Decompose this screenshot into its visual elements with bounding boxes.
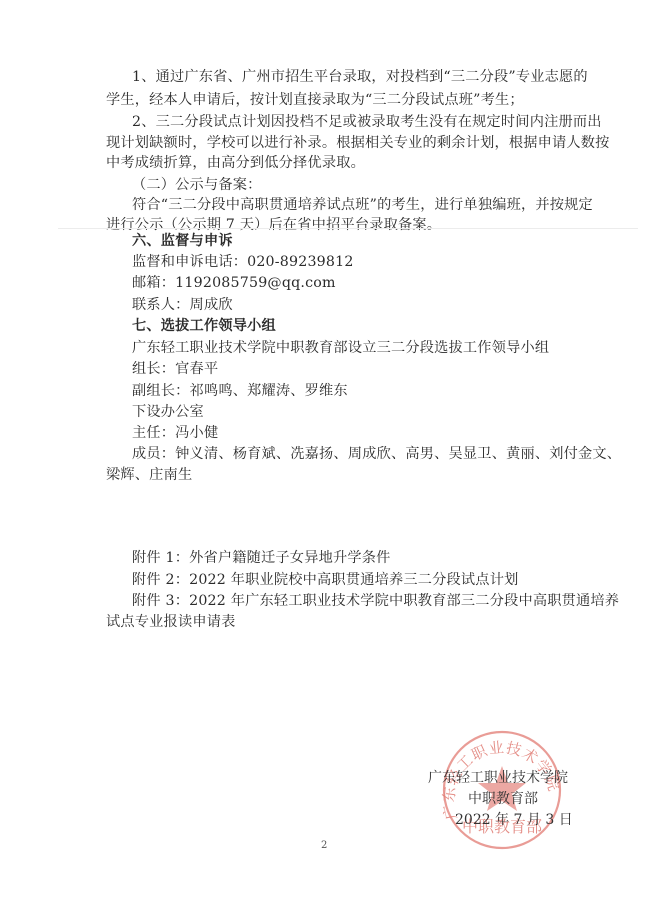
- contact-line: 联系人：周成欣: [132, 296, 233, 314]
- document-page: 1、通过广东省、广州市招生平台录取，对投档到“三二分段”专业志愿的 学生，经本人…: [0, 0, 652, 903]
- signature-org: 广东轻工职业技术学院: [428, 769, 568, 787]
- signature-date: 2022 年 7 月 3 日: [455, 811, 573, 829]
- attachment-3: 附件 3：2022 年广东轻工职业技术学院中职教育部三二分段中高职贯通培养: [132, 592, 619, 610]
- section-heading-leadership: 七、选拔工作领导小组: [132, 317, 276, 335]
- members-line-cont: 梁辉、庄南生: [106, 466, 192, 484]
- paragraph-line: 现计划缺额时，学校可以进行补录。根据相关专业的剩余计划，根据申请人数按: [106, 134, 610, 152]
- paragraph-line: 1、通过广东省、广州市招生平台录取，对投档到“三二分段”专业志愿的: [132, 68, 588, 86]
- paragraph-line: 符合“三二分段中高职贯通培养试点班”的考生，进行单独编班，并按规定: [132, 196, 593, 214]
- page-number: 2: [321, 840, 327, 851]
- paragraph-line: 2、三二分段试点计划因投档不足或被录取考生没有在规定时间内注册而出: [132, 113, 602, 131]
- deputy-line: 副组长：祁鸣鸣、郑耀涛、罗维东: [132, 382, 348, 400]
- attachment-3-cont: 试点专业报读申请表: [106, 613, 236, 631]
- paragraph-line: 学生，经本人申请后，按计划直接录取为“三二分段试点班”考生；: [106, 91, 524, 109]
- leadership-intro: 广东轻工职业技术学院中职教育部设立三二分段选拔工作领导小组: [132, 339, 549, 357]
- attachment-2: 附件 2：2022 年职业院校中高职贯通培养三二分段试点计划: [132, 571, 518, 589]
- members-line: 成员：钟义清、杨育斌、冼嘉扬、周成欣、高男、吴显卫、黄丽、刘付金文、: [132, 445, 621, 463]
- paragraph-line: 中考成绩折算，由高分到低分择优录取。: [106, 154, 365, 172]
- office-line: 下设办公室: [132, 403, 204, 421]
- attachment-1: 附件 1：外省户籍随迁子女异地升学条件: [132, 549, 391, 567]
- director-line: 主任：冯小健: [132, 424, 218, 442]
- signature-dept: 中职教育部: [468, 790, 538, 808]
- leader-line: 组长：官春平: [132, 360, 218, 378]
- subsection-heading: （二）公示与备案：: [132, 176, 262, 194]
- section-heading-supervision: 六、监督与申诉: [132, 232, 233, 250]
- phone-line: 监督和申诉电话：020-89239812: [132, 253, 354, 271]
- email-line: 邮箱：1192085759@qq.com: [132, 274, 336, 292]
- scan-artifact-line: [58, 228, 638, 229]
